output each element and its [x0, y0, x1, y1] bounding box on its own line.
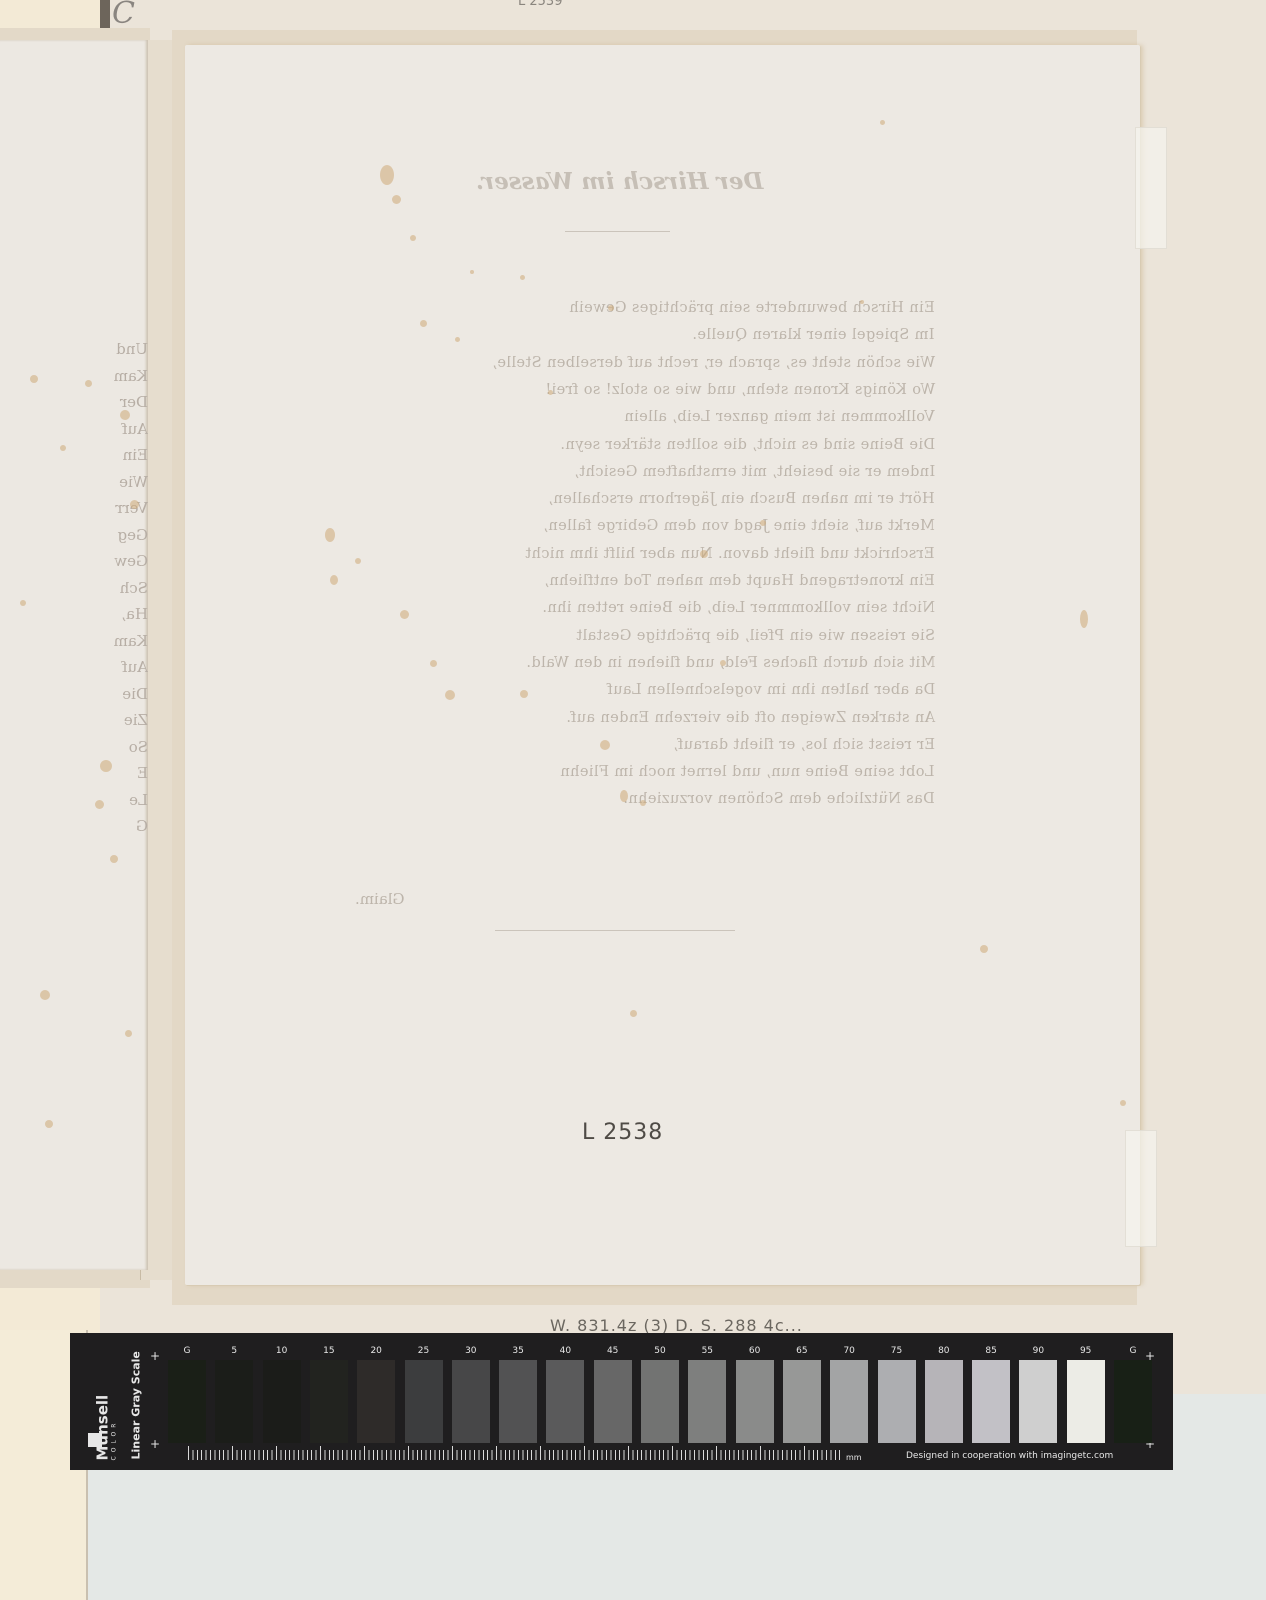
gray-patch	[1019, 1360, 1057, 1443]
poem-title: Der Hirsch im Wasser.	[430, 168, 810, 195]
title-rule	[565, 231, 670, 232]
gray-patch	[263, 1360, 301, 1443]
munsell-brand: Munsell COLOR	[74, 1341, 134, 1461]
card-credit: Designed in cooperation with imagingetc.…	[906, 1451, 1113, 1461]
foxing-stain	[45, 1120, 53, 1128]
gray-patch	[783, 1360, 821, 1443]
foxing-stain	[400, 610, 409, 619]
ruler-unit: mm	[846, 1453, 862, 1462]
patch-label: 5	[215, 1346, 253, 1356]
left-sheet: UndKamDerAufEinWieVerrGegGewSchHa,KamAuf…	[0, 40, 148, 1270]
foxing-stain	[85, 380, 92, 387]
foxing-stain	[95, 800, 104, 809]
registration-plus-icon: +	[150, 1349, 160, 1363]
left-sheet-line: Geg	[0, 526, 148, 544]
foxing-stain	[640, 800, 646, 806]
poem-line: Lobt seine Beine nun, und lernet noch im…	[560, 764, 935, 780]
tape-top-right	[1135, 127, 1167, 249]
foxing-stain	[125, 1030, 132, 1037]
gray-patch	[878, 1360, 916, 1443]
gray-patch	[641, 1360, 679, 1443]
foxing-stain	[608, 305, 614, 311]
gray-patch	[310, 1360, 348, 1443]
foxing-stain	[110, 855, 118, 863]
poem-line: An starken Zweigen oft die vierzehn Ende…	[566, 710, 935, 726]
foxing-stain	[520, 690, 528, 698]
patch-label: 55	[688, 1346, 726, 1356]
left-sheet-line: Auf	[0, 658, 148, 676]
gray-patch	[546, 1360, 584, 1443]
foxing-stain	[548, 390, 553, 395]
patch-label: 70	[830, 1346, 868, 1356]
foxing-stain	[130, 500, 139, 509]
foxing-stain	[600, 740, 610, 750]
patch-label: 95	[1067, 1346, 1105, 1356]
shelfmark: L 2538	[582, 1120, 663, 1145]
left-sheet-line: Der	[0, 393, 148, 411]
munsell-gray-scale-card: Munsell COLOR Linear Gray Scale + + + + …	[70, 1333, 1173, 1470]
left-sheet-line: Kam	[0, 632, 148, 650]
foxing-stain	[392, 195, 401, 204]
gray-patch	[688, 1360, 726, 1443]
left-sheet-line: Sch	[0, 579, 148, 597]
poem-line: Ein Hirsch bewunderte sein prächtiges Ge…	[569, 300, 935, 316]
left-sheet-line: Wie	[0, 473, 148, 491]
foxing-stain	[1120, 1100, 1126, 1106]
foxing-stain	[30, 375, 38, 383]
gray-patch	[215, 1360, 253, 1443]
foxing-stain	[445, 690, 455, 700]
poem-line: Ein kronetragend Haupt dem nahen Tod ent…	[544, 573, 935, 589]
poem-line: Im Spiegel einer klaren Quelle.	[692, 327, 935, 343]
gray-patch	[925, 1360, 963, 1443]
foxing-stain	[60, 445, 66, 451]
left-sheet-line: Gew	[0, 552, 148, 570]
foxing-stain	[380, 165, 394, 185]
foxing-stain	[330, 575, 338, 585]
tape-bottom-right	[1125, 1130, 1157, 1247]
gray-patch	[594, 1360, 632, 1443]
left-sheet-line: G	[0, 817, 148, 835]
foxing-stain	[520, 275, 525, 280]
patch-label: 10	[263, 1346, 301, 1356]
poem-line: Vollkommen ist mein ganzer Leib, allein	[624, 409, 935, 425]
scale-name: Linear Gray Scale	[130, 1320, 143, 1460]
left-sheet-line: Le	[0, 791, 148, 809]
left-sheet-line: So	[0, 738, 148, 756]
gray-patch	[168, 1360, 206, 1443]
gray-patch	[972, 1360, 1010, 1443]
poem-line: Mit sich durch flaches Feld, und fliehen…	[526, 655, 936, 671]
pencil-mark-top: L 2539	[518, 0, 562, 9]
foxing-stain	[700, 550, 708, 558]
poem-signature: Glaim.	[355, 890, 405, 908]
gray-patch	[405, 1360, 443, 1443]
patch-label: 40	[546, 1346, 584, 1356]
mat-edge	[100, 0, 110, 30]
foxing-stain	[620, 790, 628, 802]
foxing-stain	[325, 528, 335, 542]
gray-patch	[499, 1360, 537, 1443]
gray-patch	[452, 1360, 490, 1443]
left-sheet-line: Verr	[0, 499, 148, 517]
gray-patch	[830, 1360, 868, 1443]
poem-line: Nicht sein vollkommner Leib, die Beine r…	[542, 600, 935, 616]
poem-line: Wie schön steht es, sprach er, recht auf…	[492, 355, 935, 371]
poem-line: Wo Königs Kronen stehn, und wie so stolz…	[545, 382, 935, 398]
patch-label: 90	[1019, 1346, 1057, 1356]
gray-patch	[736, 1360, 774, 1443]
left-sheet-line: Kam	[0, 367, 148, 385]
poem-line: Die Beine sind es nicht, die sollten stä…	[560, 437, 935, 453]
gray-patch	[1114, 1360, 1152, 1443]
patch-label: G	[1114, 1346, 1152, 1356]
foxing-stain	[40, 990, 50, 1000]
end-rule	[495, 930, 735, 931]
poem-line: Indem er sie besieht, mit ernsthaftem Ge…	[574, 464, 935, 480]
foxing-stain	[120, 410, 130, 420]
foxing-stain	[410, 235, 416, 241]
foxing-stain	[455, 337, 460, 342]
left-sheet-line: Die	[0, 685, 148, 703]
foxing-stain	[430, 660, 437, 667]
patch-label: 35	[499, 1346, 537, 1356]
left-sheet-line: Zie	[0, 711, 148, 729]
foxing-stain	[630, 1010, 637, 1017]
left-sheet-line: Auf	[0, 420, 148, 438]
patch-label: 65	[783, 1346, 821, 1356]
foxing-stain	[760, 520, 766, 526]
mm-ruler	[188, 1450, 842, 1460]
patch-label: G	[168, 1346, 206, 1356]
poem-line: Da aber halten ihn im vogelschnellen Lau…	[607, 682, 935, 698]
foxing-stain	[100, 760, 112, 772]
patch-label: 20	[357, 1346, 395, 1356]
patch-label: 85	[972, 1346, 1010, 1356]
left-sheet-line: E	[0, 764, 148, 782]
poem-line: Sie reissen wie ein Pfeil, die prächtige…	[576, 628, 935, 644]
foxing-stain	[420, 320, 427, 327]
poem-line: Erschrickt und flieht davon. Nun aber hi…	[525, 546, 935, 562]
poem-line: Er reisst sich los, er flieht darauf,	[673, 737, 935, 753]
patch-label: 75	[878, 1346, 916, 1356]
poem-line: Hört er im nahen Busch ein Jägerhorn ers…	[548, 491, 935, 507]
poem-line: Merkt auf, sieht eine Jagd von dem Gebir…	[543, 518, 935, 534]
gray-patch	[1067, 1360, 1105, 1443]
patch-label: 45	[594, 1346, 632, 1356]
foxing-stain	[355, 558, 361, 564]
foxing-stain	[470, 270, 474, 274]
patch-label: 50	[641, 1346, 679, 1356]
poem-line: Das Nützliche dem Schönen vorzuziehn.	[623, 791, 935, 807]
registration-plus-icon: +	[150, 1437, 160, 1451]
left-sheet-line: Ha,	[0, 605, 148, 623]
patch-label: 30	[452, 1346, 490, 1356]
brand-sub: COLOR	[111, 1336, 119, 1461]
patch-label: 80	[925, 1346, 963, 1356]
munsell-logo-icon	[88, 1433, 102, 1447]
left-sheet-line: Und	[0, 340, 148, 358]
patch-label: 25	[405, 1346, 443, 1356]
foxing-stain	[980, 945, 988, 953]
foxing-stain	[720, 660, 726, 666]
patch-label: 60	[736, 1346, 774, 1356]
foxing-stain	[880, 120, 885, 125]
pencil-mark-top-left: C	[112, 0, 135, 31]
left-sheet-line: Ein	[0, 446, 148, 464]
foxing-stain	[1080, 610, 1088, 628]
patch-label: 15	[310, 1346, 348, 1356]
foxing-stain	[860, 300, 864, 304]
foxing-stain	[20, 600, 26, 606]
gray-patch	[357, 1360, 395, 1443]
